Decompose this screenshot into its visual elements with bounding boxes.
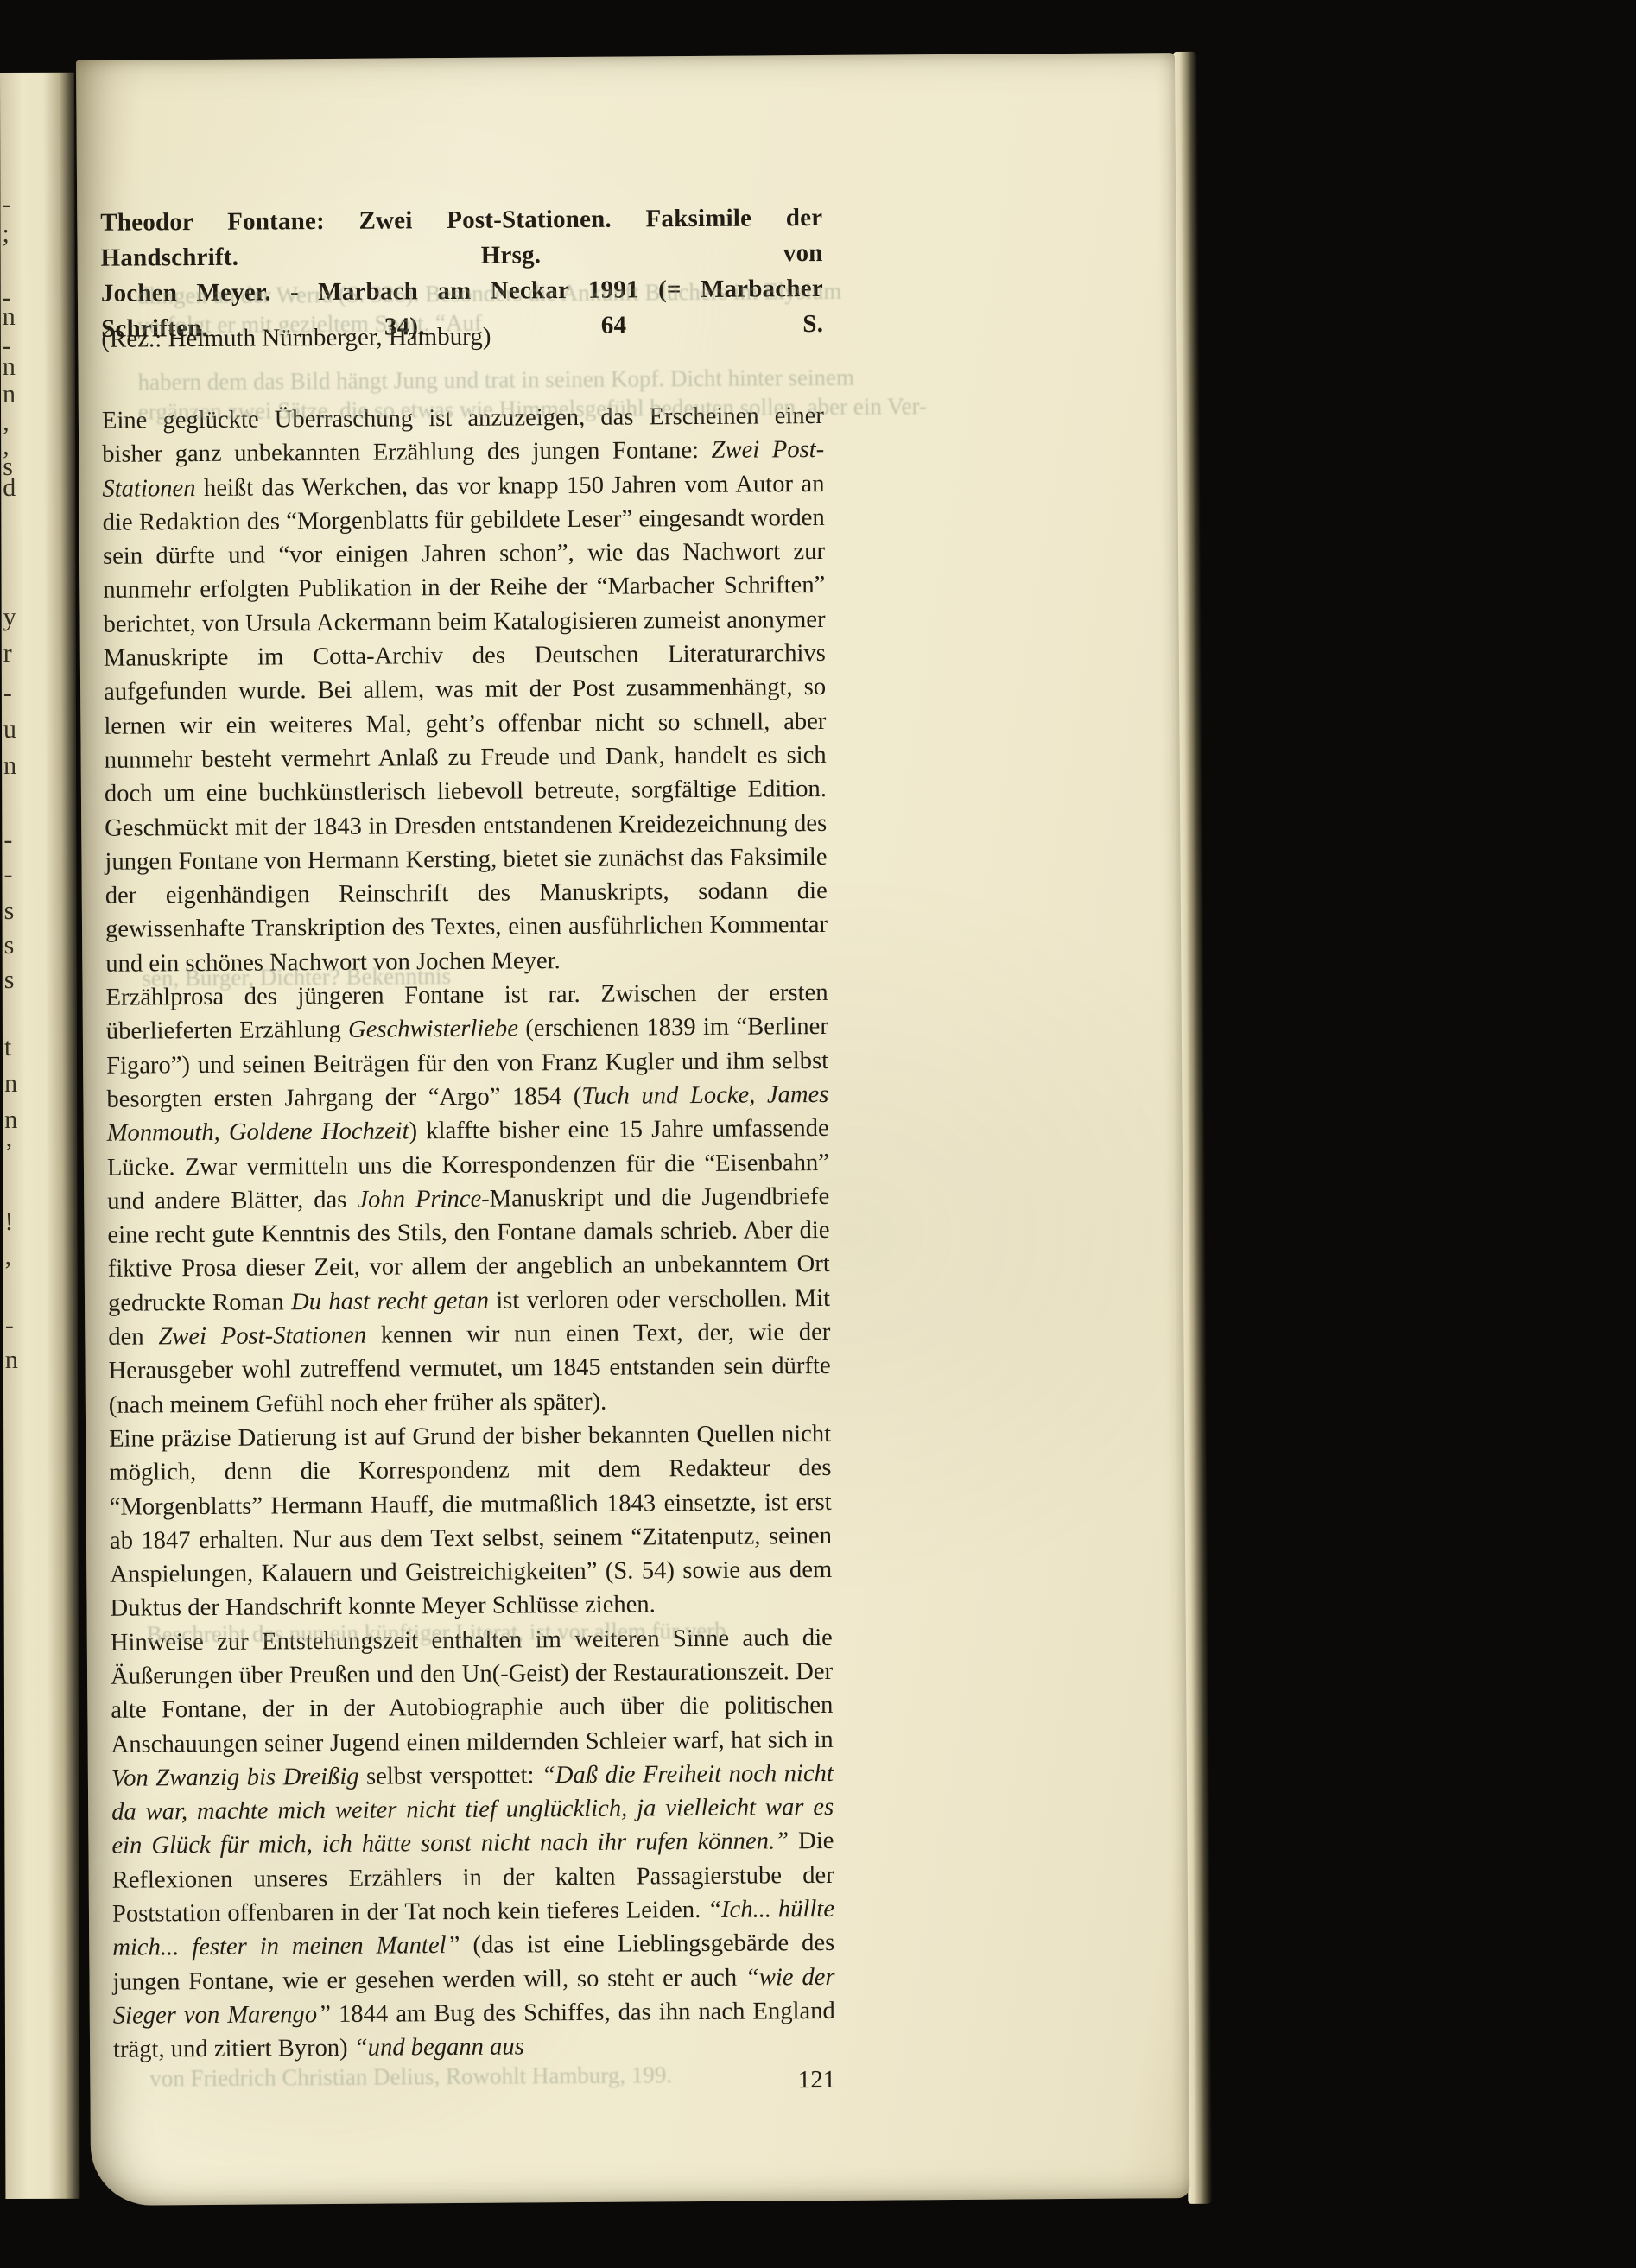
cutoff-letter: ’ — [4, 1140, 13, 1166]
cutoff-letter: s — [4, 967, 15, 993]
cutoff-letter: n — [3, 304, 16, 330]
cutoff-letter: - — [3, 862, 12, 888]
page-content: dlingen an der Werra (S. 326). Besonders… — [99, 55, 836, 2206]
cutoff-letter: r — [3, 641, 12, 667]
left-page-gutter-strip: -;-n-nn,,sdyr-un--ssstnn’!,-n — [0, 73, 79, 2199]
cutoff-letter: - — [3, 681, 12, 706]
cutoff-letter: ; — [2, 221, 9, 247]
body-paragraph: Eine präzise Datierung ist auf Grund der… — [109, 1417, 833, 1626]
bleedthrough-line: habern dem das Bild hängt Jung und trat … — [137, 363, 854, 397]
cutoff-letter: - — [2, 192, 10, 218]
cutoff-letter: n — [4, 1071, 17, 1097]
cutoff-letter: s — [4, 933, 15, 959]
cutoff-letter: n — [3, 753, 16, 779]
page-number: 121 — [113, 2066, 835, 2100]
cutoff-letter: s — [4, 898, 15, 924]
cutoff-letter: t — [4, 1035, 11, 1061]
scanned-book-page: { "page": { "header": { "title_line1": "… — [0, 0, 1636, 2268]
reviewer-line: (Rez.: Helmuth Nürnberger, Hamburg) — [101, 318, 823, 356]
cutoff-letter: , — [5, 1244, 12, 1270]
cutoff-letter: n — [3, 382, 16, 408]
cutoff-letter: y — [3, 605, 16, 630]
cutoff-letter: n — [4, 1107, 17, 1133]
cutoff-letter: ! — [4, 1209, 13, 1235]
cutoff-letter: d — [3, 475, 16, 501]
cutoff-letter: - — [5, 1313, 14, 1339]
cutoff-letter: - — [3, 827, 12, 853]
body-paragraph: Eine geglückte Überraschung ist anzuzeig… — [102, 399, 828, 981]
review-body: Eine geglückte Überraschung ist anzuzeig… — [102, 399, 835, 2067]
body-paragraph: Hinweise zur Entstehungszeit enthalten i… — [111, 1621, 836, 2068]
book-page: dlingen an der Werra (S. 326). Besonders… — [76, 53, 1189, 2206]
body-paragraph: Erzählprosa des jüngeren Fontane ist rar… — [105, 976, 831, 1422]
cutoff-letter: n — [3, 354, 16, 380]
cutoff-letter: n — [5, 1347, 18, 1373]
cutoff-letter: u — [3, 717, 16, 743]
title-line-1: Theodor Fontane: Zwei Post-Stationen. Fa… — [100, 200, 823, 276]
